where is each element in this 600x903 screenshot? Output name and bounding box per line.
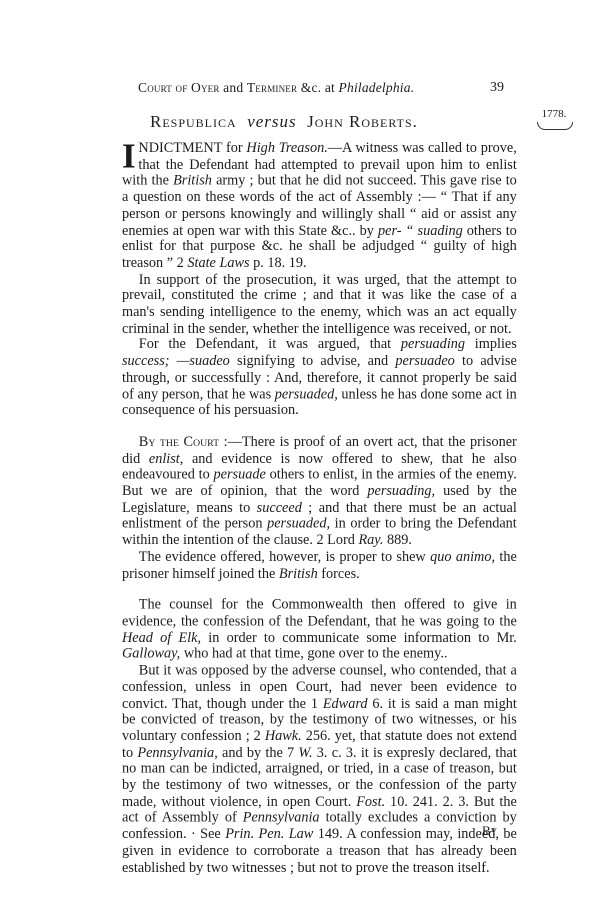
text-run-italic: persuaded,: [275, 387, 338, 402]
text-run-italic: W.: [298, 745, 312, 760]
case-versus: versus: [247, 112, 296, 131]
drop-cap: I: [122, 142, 136, 171]
running-head: Court of Oyer and Terminer &c. at Philad…: [138, 80, 518, 96]
paragraph-evidence-offered: The evidence offered, however, is proper…: [122, 550, 517, 583]
running-head-court: Court of: [138, 80, 187, 95]
text-run-italic: persuading: [401, 338, 465, 353]
text-run-italic: quo animo,: [430, 550, 495, 565]
text-run-italic: Pennsylvania,: [137, 745, 217, 760]
paragraph-prosecution: In support of the prosecution, it was ur…: [122, 272, 517, 338]
catchword: By: [482, 823, 497, 839]
text-run-italic: Hawk.: [265, 729, 302, 744]
text-run-italic: succeed: [257, 500, 302, 515]
text-run: in order to communicate some information…: [201, 631, 517, 646]
running-head-etc: &c. at: [301, 80, 335, 95]
case-defendant: John Roberts.: [307, 112, 418, 131]
text-run-italic: British: [279, 566, 318, 581]
text-run: For the Defendant, it was argued, that: [139, 338, 401, 353]
text-run-smallcaps: By the Court: [139, 435, 219, 450]
text-run: The counsel for the Commonwealth then of…: [122, 598, 517, 630]
running-head-and: and: [223, 80, 243, 95]
margin-brace-icon: [537, 122, 573, 130]
text-run-italic: State Laws: [187, 256, 249, 271]
case-plaintiff: Respublica: [150, 112, 237, 131]
text-run: The evidence offered, however, is proper…: [139, 550, 430, 565]
text-run: signifying to advise, and: [230, 354, 396, 369]
text-run-italic: persuade: [214, 468, 266, 483]
paragraph-commonwealth-counsel: The counsel for the Commonwealth then of…: [122, 598, 517, 664]
running-head-terminer: Terminer: [247, 80, 297, 95]
body-text: INDICTMENT for High Treason.—A witness w…: [122, 141, 517, 876]
text-run: NDICTMENT for: [138, 141, 246, 156]
paragraph-by-the-court: By the Court :—There is proof of an over…: [122, 435, 517, 550]
paragraph-defendant: For the Defendant, it was argued, that p…: [122, 338, 517, 420]
text-run-italic: Pennsylvania: [243, 811, 320, 826]
paragraph-gap: [122, 582, 517, 597]
text-run: forces.: [318, 566, 360, 581]
text-run-italic: Head of Elk,: [122, 631, 201, 646]
paragraph-adverse-counsel: But it was opposed by the adverse counse…: [122, 663, 517, 876]
text-run-italic: High Treason.: [246, 141, 327, 156]
text-run-italic: Prin. Pen. Law: [225, 827, 313, 842]
text-run-italic: Edward: [323, 696, 368, 711]
text-run-italic: success; —suadeo: [122, 354, 230, 369]
text-run-italic: persuadeo: [395, 354, 454, 369]
running-head-oyer: Oyer: [191, 80, 220, 95]
text-run: 889.: [383, 533, 412, 548]
text-run: p. 18. 19.: [250, 256, 307, 271]
text-run-italic: Ray.: [358, 533, 383, 548]
book-page: Court of Oyer and Terminer &c. at Philad…: [0, 0, 600, 903]
case-title: Respublica versus John Roberts.: [150, 112, 510, 132]
page-number: 39: [490, 80, 504, 96]
text-run-italic: persuading,: [367, 484, 435, 499]
paragraph-gap: [122, 420, 517, 435]
text-run: who had at that time, gone over to the e…: [180, 647, 447, 662]
text-run-italic: British: [173, 174, 212, 189]
text-run-italic: per- “ suading: [378, 223, 463, 238]
text-run-italic: enlist,: [149, 451, 183, 466]
text-run-italic: Galloway,: [122, 647, 180, 662]
paragraph-indictment: INDICTMENT for High Treason.—A witness w…: [122, 141, 517, 272]
text-run-italic: persuaded,: [267, 517, 330, 532]
text-run: and by the 7: [218, 745, 299, 760]
text-run-italic: Fost.: [356, 794, 385, 809]
running-head-place: Philadelphia.: [339, 80, 415, 95]
text-run: implies: [465, 338, 517, 353]
margin-year-note: 1778.: [536, 108, 572, 120]
